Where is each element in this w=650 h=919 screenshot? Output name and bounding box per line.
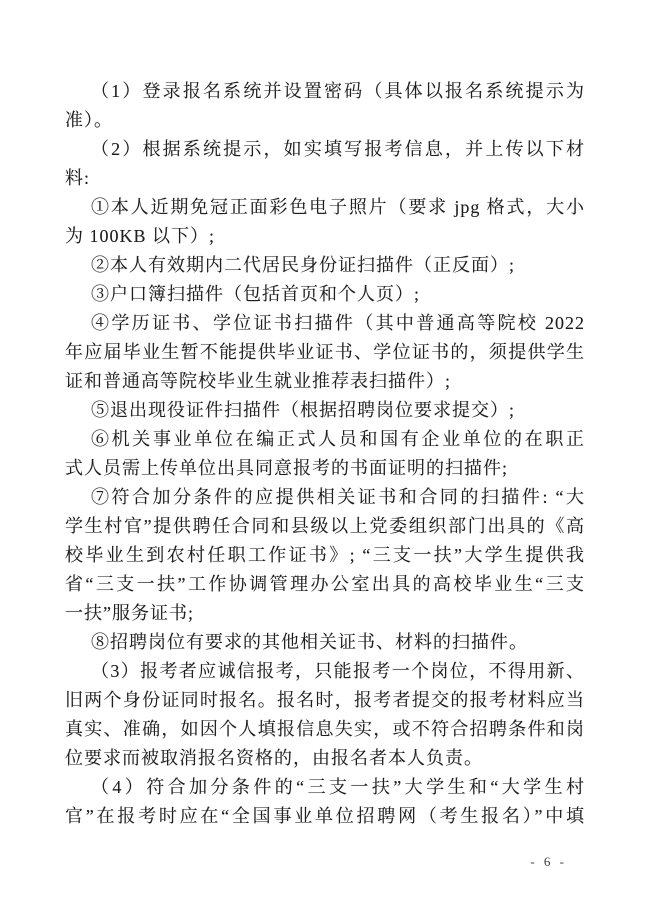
text-line: （2）根据系统提示，如实填写报考信息，并上传以下材: [65, 135, 585, 164]
text-line: ④学历证书、学位证书扫描件（其中普通高等院校 2022: [65, 309, 585, 338]
text-line: ①本人近期免冠正面彩色电子照片（要求 jpg 格式，大小: [65, 193, 585, 222]
page-number: - 6 -: [530, 853, 567, 871]
text-line: （3）报考者应诚信报考，只能报考一个岗位，不得用新、: [65, 657, 585, 686]
text-line: 官”在报考时应在“全国事业单位招聘网（考生报名）”中填: [65, 802, 585, 831]
text-line: 省“三支一扶”工作协调管理办公室出具的高校毕业生“三支: [65, 570, 585, 599]
text-line: ⑦符合加分条件的应提供相关证书和合同的扫描件: “大: [65, 483, 585, 512]
text-line: 为 100KB 以下）;: [65, 222, 585, 251]
text-line: 旧两个身份证同时报名。报名时，报考者提交的报考材料应当: [65, 686, 585, 715]
text-line: 一扶”服务证书;: [65, 599, 585, 628]
text-line: 式人员需上传单位出具同意报考的书面证明的扫描件;: [65, 454, 585, 483]
text-line: 位要求而被取消报名资格的，由报名者本人负责。: [65, 744, 585, 773]
text-block: （1）登录报名系统并设置密码（具体以报名系统提示为准）。（2）根据系统提示，如实…: [65, 77, 585, 831]
text-line: ③户口簿扫描件（包括首页和个人页）;: [65, 280, 585, 309]
text-line: ⑥机关事业单位在编正式人员和国有企业单位的在职正: [65, 425, 585, 454]
text-line: 准）。: [65, 106, 585, 135]
text-line: 校毕业生到农村任职工作证书》; “三支一扶”大学生提供我: [65, 541, 585, 570]
text-line: （1）登录报名系统并设置密码（具体以报名系统提示为: [65, 77, 585, 106]
text-line: 真实、准确，如因个人填报信息失实，或不符合招聘条件和岗: [65, 715, 585, 744]
text-line: 学生村官”提供聘任合同和县级以上党委组织部门出具的《高: [65, 512, 585, 541]
text-line: ⑧招聘岗位有要求的其他相关证书、材料的扫描件。: [65, 628, 585, 657]
text-line: ②本人有效期内二代居民身份证扫描件（正反面）;: [65, 251, 585, 280]
text-line: 年应届毕业生暂不能提供毕业证书、学位证书的，须提供学生: [65, 338, 585, 367]
document-page: （1）登录报名系统并设置密码（具体以报名系统提示为准）。（2）根据系统提示，如实…: [0, 0, 650, 919]
text-line: ⑤退出现役证件扫描件（根据招聘岗位要求提交）;: [65, 396, 585, 425]
text-line: 料:: [65, 164, 585, 193]
text-line: 证和普通高等院校毕业生就业推荐表扫描件）;: [65, 367, 585, 396]
text-line: （4）符合加分条件的“三支一扶”大学生和“大学生村: [65, 773, 585, 802]
